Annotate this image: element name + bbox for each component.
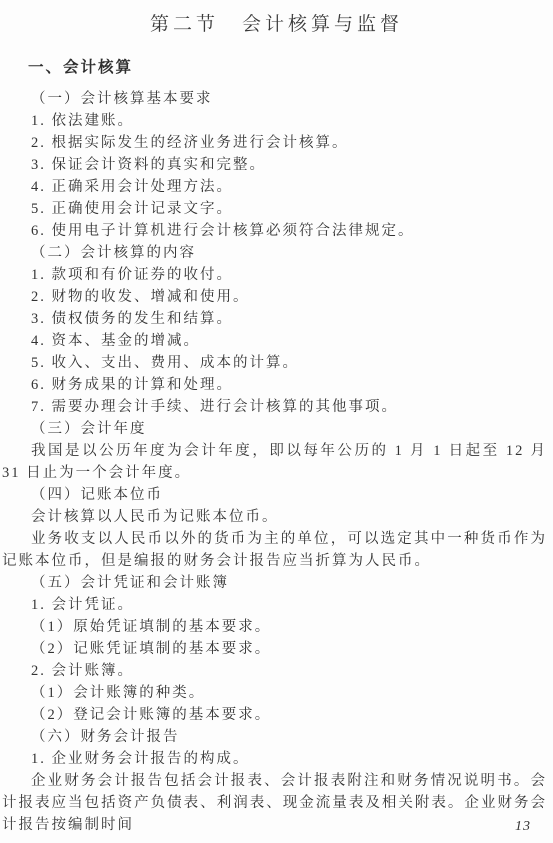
list-item: 2. 财物的收发、增减和使用。 bbox=[2, 286, 547, 308]
list-item: （2）登记会计账簿的基本要求。 bbox=[2, 704, 547, 726]
list-item: 3. 保证会计资料的真实和完整。 bbox=[2, 154, 547, 176]
list-item: 1. 企业财务会计报告的构成。 bbox=[2, 748, 547, 770]
subsection-heading: （一）会计核算基本要求 bbox=[2, 88, 547, 110]
subsection-heading: （五）会计凭证和会计账簿 bbox=[2, 572, 547, 594]
list-item: 1. 会计凭证。 bbox=[2, 594, 547, 616]
document-page: 第二节 会计核算与监督 一、会计核算 （一）会计核算基本要求 1. 依法建账。 … bbox=[0, 0, 553, 843]
body-paragraph: 业务收支以人民币以外的货币为主的单位，可以选定其中一种货币作为记账本位币，但是编… bbox=[2, 528, 547, 572]
subsection-heading: （四）记账本位币 bbox=[2, 484, 547, 506]
list-item: （2）记账凭证填制的基本要求。 bbox=[2, 638, 547, 660]
page-number: 13 bbox=[515, 819, 531, 835]
subsection-heading: （六）财务会计报告 bbox=[2, 726, 547, 748]
body-paragraph: 企业财务会计报告包括会计报表、会计报表附注和财务情况说明书。会计报表应当包括资产… bbox=[2, 770, 547, 836]
section-title: 第二节 会计核算与监督 bbox=[0, 0, 553, 37]
subsection-heading: （三）会计年度 bbox=[2, 418, 547, 440]
list-item: 2. 会计账簿。 bbox=[2, 660, 547, 682]
list-item: 1. 款项和有价证券的收付。 bbox=[2, 264, 547, 286]
body-paragraph: 会计核算以人民币为记账本位币。 bbox=[2, 506, 547, 528]
list-item: 4. 资本、基金的增减。 bbox=[2, 330, 547, 352]
body-paragraph: 我国是以公历年度为会计年度，即以每年公历的 1 月 1 日起至 12 月 31 … bbox=[2, 440, 547, 484]
list-item: 7. 需要办理会计手续、进行会计核算的其他事项。 bbox=[2, 396, 547, 418]
list-item: （1）原始凭证填制的基本要求。 bbox=[2, 616, 547, 638]
list-item: 6. 使用电子计算机进行会计核算必须符合法律规定。 bbox=[2, 220, 547, 242]
list-item: 5. 正确使用会计记录文字。 bbox=[2, 198, 547, 220]
subsection-heading: （二）会计核算的内容 bbox=[2, 242, 547, 264]
list-item: 3. 债权债务的发生和结算。 bbox=[2, 308, 547, 330]
list-item: 4. 正确采用会计处理方法。 bbox=[2, 176, 547, 198]
body-content: （一）会计核算基本要求 1. 依法建账。 2. 根据实际发生的经济业务进行会计核… bbox=[0, 88, 553, 836]
heading-accounting: 一、会计核算 bbox=[28, 57, 553, 79]
list-item: 2. 根据实际发生的经济业务进行会计核算。 bbox=[2, 132, 547, 154]
list-item: 1. 依法建账。 bbox=[2, 110, 547, 132]
list-item: 5. 收入、支出、费用、成本的计算。 bbox=[2, 352, 547, 374]
list-item: （1）会计账簿的种类。 bbox=[2, 682, 547, 704]
list-item: 6. 财务成果的计算和处理。 bbox=[2, 374, 547, 396]
